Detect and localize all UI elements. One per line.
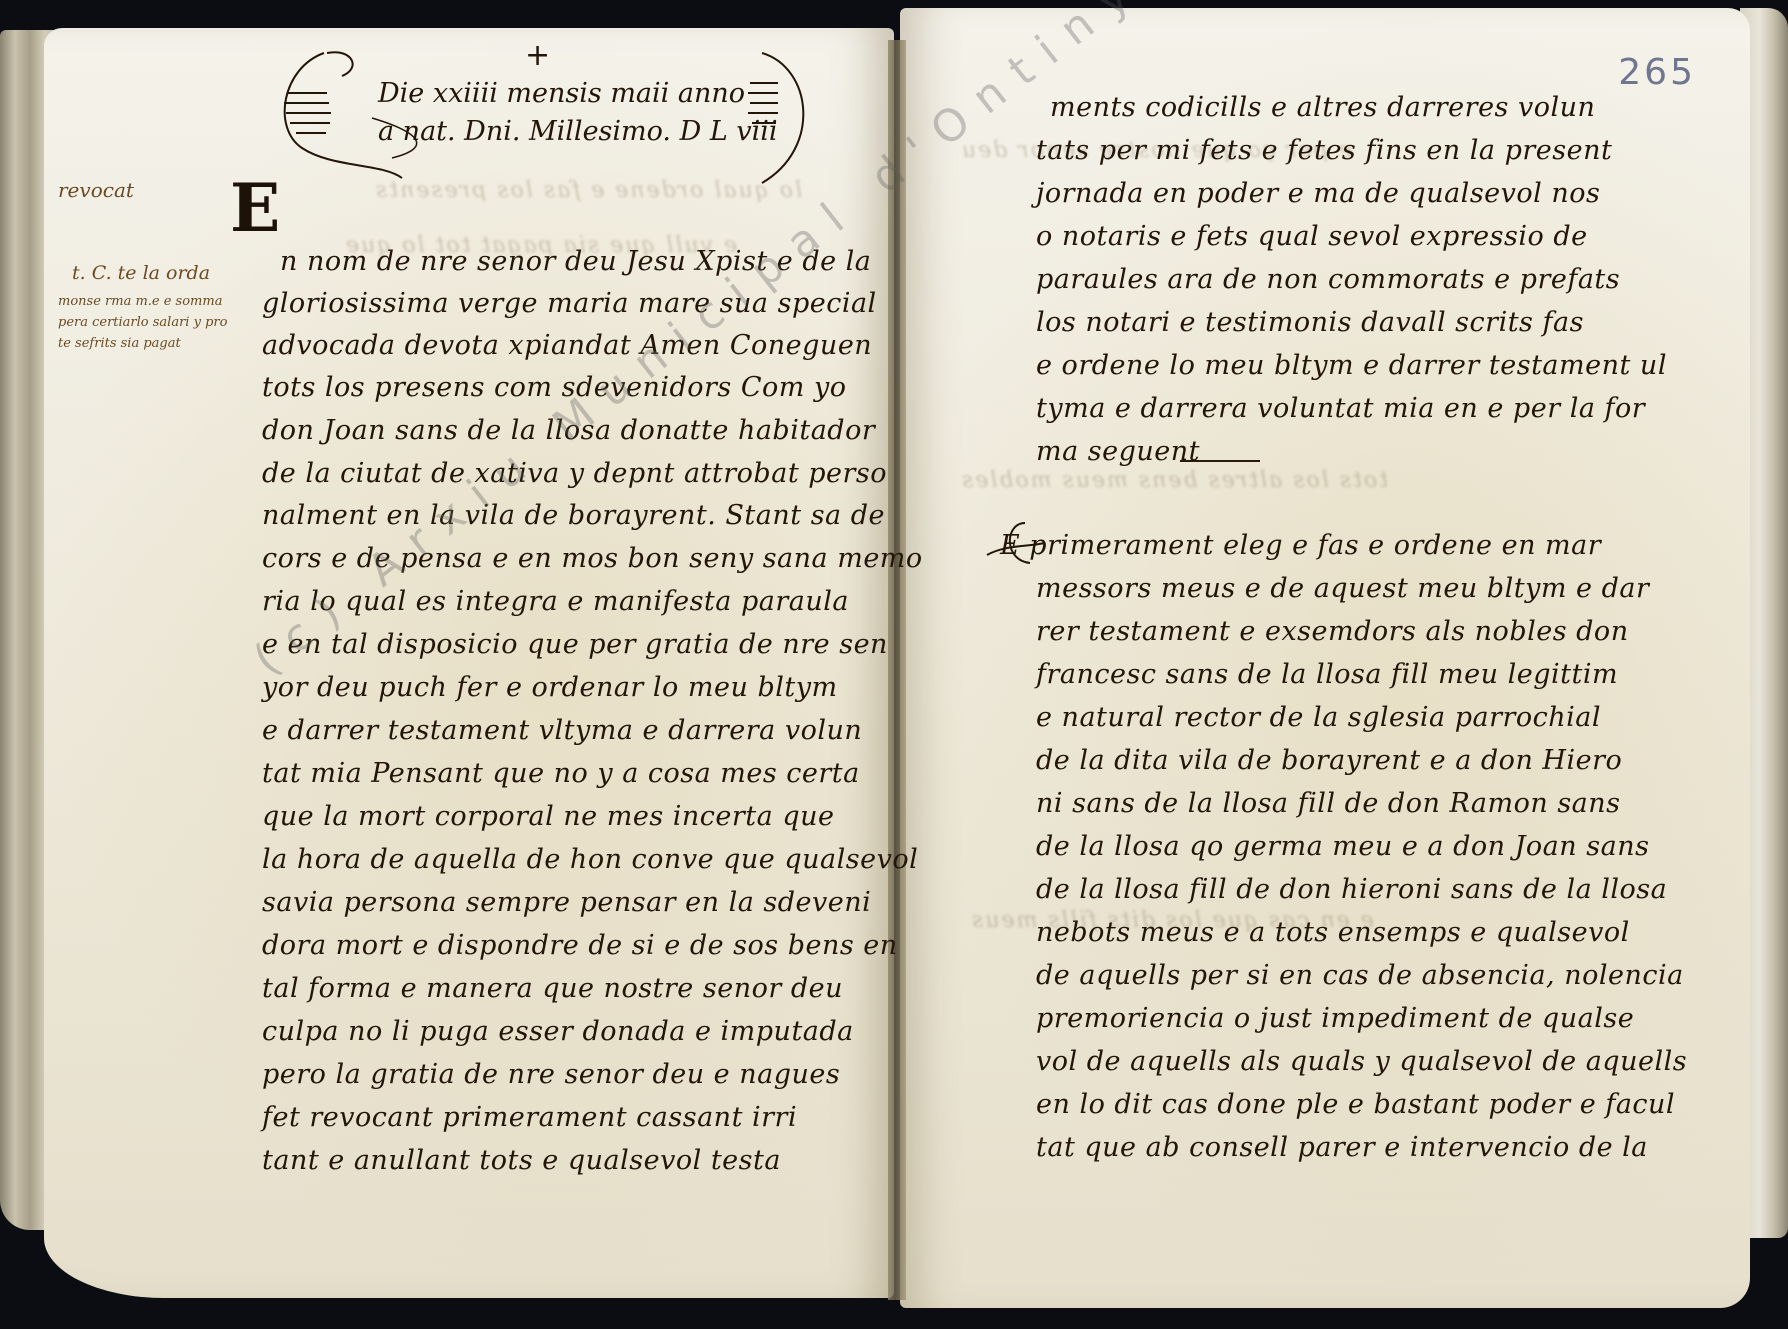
text-line: de aquells per si en cas de absencia, no… <box>1036 960 1684 991</box>
text-line: e darrer testament vltyma e darrera volu… <box>262 715 862 746</box>
text-line: yor deu puch fer e ordenar lo meu bltym <box>262 672 838 703</box>
text-line: e ordene lo meu bltym e darrer testament… <box>1036 350 1667 381</box>
text-line: tats per mi fets e fetes fins en la pres… <box>1036 135 1612 166</box>
text-line: premoriencia o just impediment de qualse <box>1036 1003 1634 1034</box>
book-gutter <box>888 40 906 1300</box>
text-line: ni sans de la llosa fill de don Ramon sa… <box>1036 788 1621 819</box>
text-line: la hora de aquella de hon conve que qual… <box>262 844 918 875</box>
text-line: en lo dit cas done ple e bastant poder e… <box>1036 1089 1675 1120</box>
text-line: nalment en la vila de borayrent. Stant s… <box>262 500 885 531</box>
text-line: fet revocant primerament cassant irri <box>262 1102 797 1133</box>
text-line: tat que ab consell parer e intervencio d… <box>1036 1132 1648 1163</box>
line-end-stroke <box>1180 460 1260 462</box>
text-line: rer testament e exsemdors als nobles don <box>1036 616 1629 647</box>
text-line: tots los presens com sdevenidors Com yo <box>262 372 846 403</box>
margin-note-revocat: revocat <box>58 178 134 202</box>
text-line: e natural rector de la sglesia parrochia… <box>1036 702 1601 733</box>
paragraph-flourish-icon <box>985 515 1055 575</box>
text-line: messors meus e de aquest meu bltym e dar <box>1036 573 1649 604</box>
text-line: pero la gratia de nre senor deu e nagues <box>262 1059 840 1090</box>
header-date-line-2: a nat. Dni. Millesimo. D L viii <box>378 116 778 147</box>
manuscript-spread: lo qual ordene e fas los presents e vull… <box>0 0 1788 1329</box>
cross-icon: + <box>525 38 550 73</box>
margin-annotation-line: pera certiarlo salari y pro <box>58 315 227 330</box>
text-line: de la llosa fill de don hieroni sans de … <box>1036 874 1667 905</box>
text-line: tyma e darrera voluntat mia en e per la … <box>1036 393 1645 424</box>
text-line: dora mort e dispondre de si e de sos ben… <box>262 930 898 961</box>
text-line: savia persona sempre pensar en la sdeven… <box>262 887 871 918</box>
text-line: nebots meus e a tots ensemps e qualsevol <box>1036 917 1630 948</box>
text-line: advocada devota xpiandat Amen Coneguen <box>262 330 872 361</box>
text-line: ma seguent <box>1036 436 1200 467</box>
text-line: de la llosa qo germa meu e a don Joan sa… <box>1036 831 1649 862</box>
text-line: que la mort corporal ne mes incerta que <box>262 801 834 832</box>
text-line: tant e anullant tots e qualsevol testa <box>262 1145 781 1176</box>
text-line: e en tal disposicio que per gratia de nr… <box>262 629 888 660</box>
text-line: de la dita vila de borayrent e a don Hie… <box>1036 745 1622 776</box>
bleed-through-text: tots los altres bens meus mobles <box>960 468 1388 493</box>
text-line: jornada en poder e ma de qualsevol nos <box>1036 178 1600 209</box>
margin-annotation-line: t. C. te la orda <box>72 262 210 284</box>
folio-number: 265 <box>1618 52 1696 93</box>
text-line: gloriosissima verge maria mare sua speci… <box>262 288 877 319</box>
text-line: o notaris e fets qual sevol expressio de <box>1036 221 1588 252</box>
text-line: E primerament eleg e fas e ordene en mar <box>1000 530 1601 561</box>
text-line: tat mia Pensant que no y a cosa mes cert… <box>262 758 860 789</box>
header-date-line-1: Die xxiiii mensis maii anno <box>378 78 745 109</box>
text-line: vol de aquells als quals y qualsevol de … <box>1036 1046 1687 1077</box>
margin-annotation-line: monse rma m.e e somma <box>58 294 222 309</box>
text-line: tal forma e manera que nostre senor deu <box>262 973 843 1004</box>
text-line: los notari e testimonis davall scrits fa… <box>1036 307 1584 338</box>
text-line: ments codicills e altres darreres volun <box>1050 92 1595 123</box>
text-line: paraules ara de non commorats e prefats <box>1036 264 1620 295</box>
text-line: de la ciutat de xativa y depnt attrobat … <box>262 458 887 489</box>
margin-annotation-line: te sefrits sia pagat <box>58 336 181 351</box>
text-line: culpa no li puga esser donada e imputada <box>262 1016 854 1047</box>
text-line: francesc sans de la llosa fill meu legit… <box>1036 659 1618 690</box>
decorated-initial: E <box>230 175 280 241</box>
